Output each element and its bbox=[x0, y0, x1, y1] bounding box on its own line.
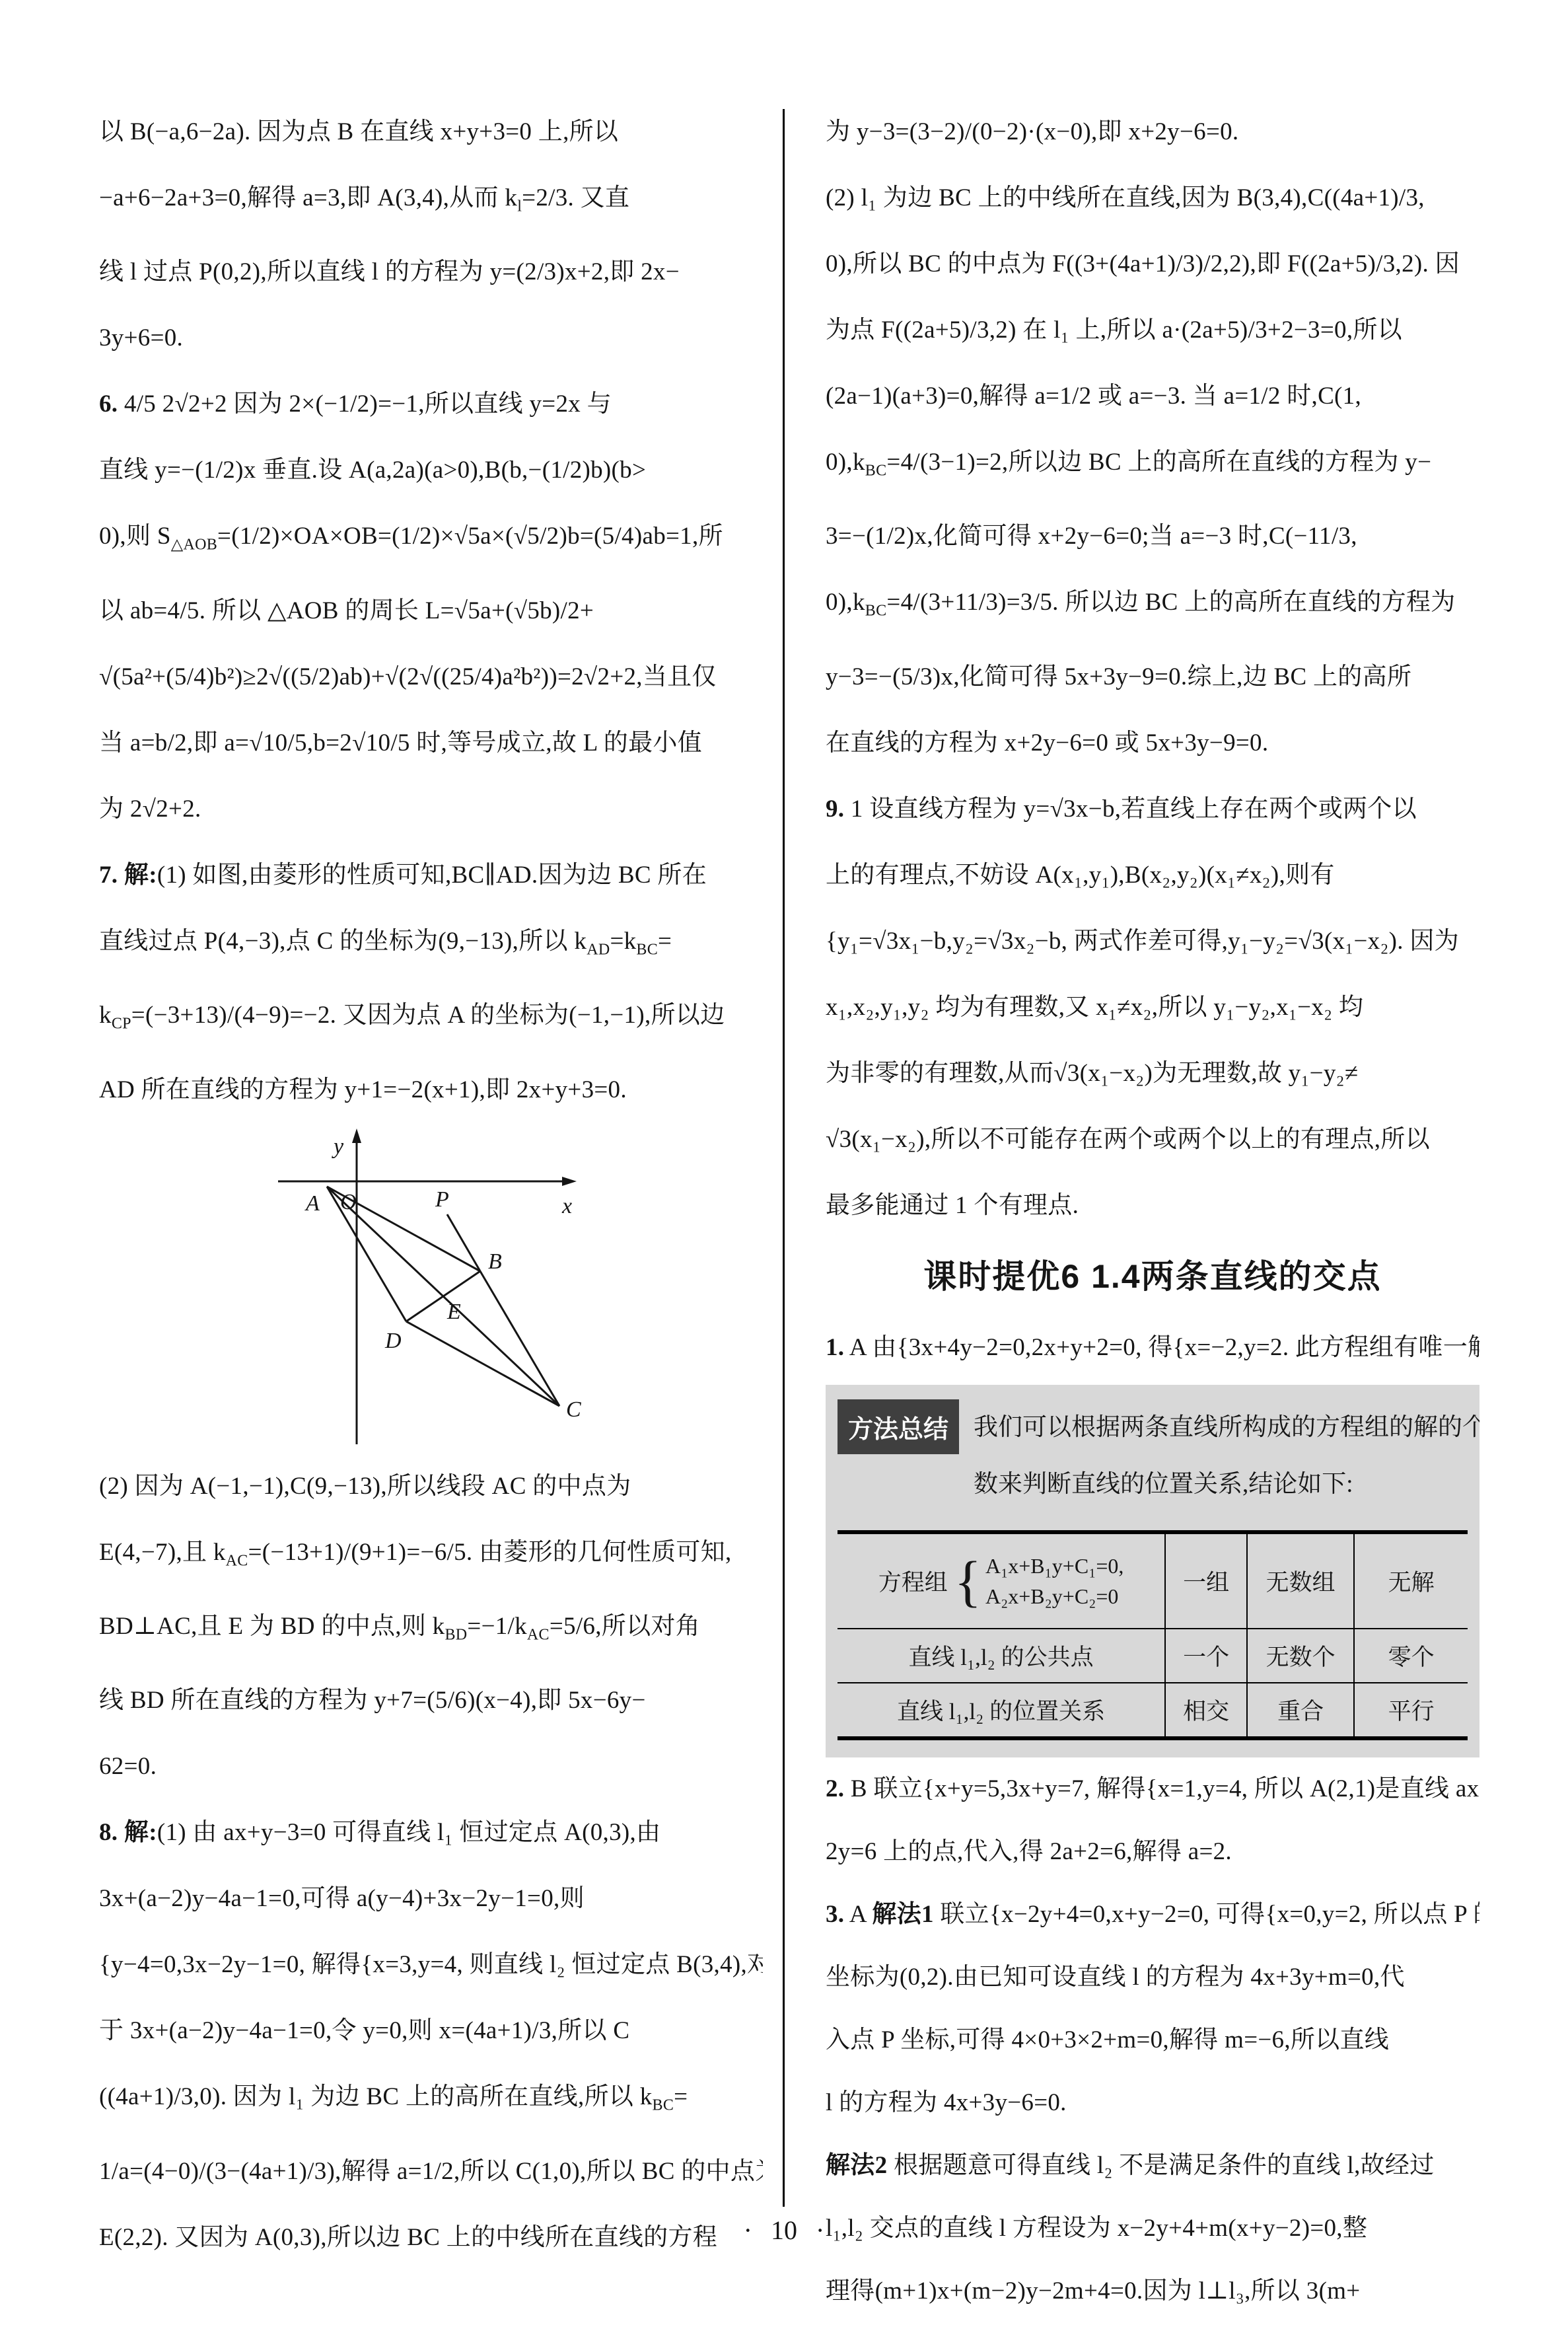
figure-label-D: D bbox=[384, 1329, 402, 1353]
brace-glyph: { bbox=[954, 1553, 981, 1609]
text-line: 最多能通过 1 个有理点. bbox=[826, 1173, 1479, 1239]
text-segment: 2y=6 上的点,代入,得 2a+2=6,解得 a=2. bbox=[826, 1838, 1232, 1865]
equation-line: A₂x+B₂y+C₂=0 bbox=[985, 1581, 1123, 1611]
text-segment: 0),所以 BC 的中点为 F((3+(4a+1)/3)/2,2),即 F((2… bbox=[826, 250, 1460, 277]
text-segment: −a+6−2a+3=0,解得 a=3,即 A(3,4),从而 k bbox=[99, 184, 517, 211]
text-segment: 最多能通过 1 个有理点. bbox=[826, 1192, 1079, 1219]
text-segment: k bbox=[99, 1002, 112, 1029]
text-segment: (1) 如图,由菱形的性质可知,BC∥AD.因为边 BC 所在 bbox=[157, 862, 707, 889]
rhombus-coordinate-figure: y x O A P B E D C bbox=[274, 1127, 684, 1451]
text-segment: 线 l 过点 P(0,2),所以直线 l 的方程为 y=(2/3)x+2,即 2… bbox=[99, 258, 680, 285]
text-segment: = bbox=[674, 2083, 688, 2110]
text-segment: =k bbox=[610, 928, 636, 955]
table-cell: 一个 bbox=[1165, 1629, 1247, 1683]
text-segment: l 的方程为 4x+3y−6=0. bbox=[826, 2089, 1067, 2116]
table-cell-label: 直线 l₁,l₂ 的位置关系 bbox=[837, 1683, 1165, 1738]
text-line: 9. 1 设直线方程为 y=√3x−b,若直线上存在两个或两个以 bbox=[826, 776, 1479, 842]
text-segment: y−3=−(5/3)x,化简可得 5x+3y−9=0.综上,边 BC 上的高所 bbox=[826, 663, 1411, 690]
text-line: ((4a+1)/3,0). 因为 l₁ 为边 BC 上的高所在直线,所以 kBC… bbox=[99, 2064, 763, 2138]
text-segment: 1 设直线方程为 y=√3x−b,若直线上存在两个或两个以 bbox=[844, 795, 1417, 823]
page-number: · 10 · bbox=[685, 2215, 883, 2246]
text-segment: 于 3x+(a−2)y−4a−1=0,令 y=0,则 x=(4a+1)/3,所以… bbox=[99, 2017, 629, 2044]
equation-line: A₁x+B₁y+C₁=0, bbox=[985, 1551, 1123, 1581]
text-line: E(2,2). 又因为 A(0,3),所以边 BC 上的中线所在直线的方程 bbox=[99, 2205, 763, 2271]
subscript-segment: BC bbox=[636, 941, 658, 958]
text-line: 于 3x+(a−2)y−4a−1=0,令 y=0,则 x=(4a+1)/3,所以… bbox=[99, 1998, 763, 2064]
text-segment: = bbox=[658, 928, 672, 955]
text-line: E(4,−7),且 kAC=(−13+1)/(9+1)=−6/5. 由菱形的几何… bbox=[99, 1520, 763, 1594]
text-segment: =−1/k bbox=[467, 1613, 527, 1640]
right-column: 为 y−3=(3−2)/(0−2)·(x−0),即 x+2y−6=0.(2) l… bbox=[826, 99, 1479, 2322]
text-line: 1/a=(4−0)/(3−(4a+1)/3),解得 a=1/2,所以 C(1,0… bbox=[99, 2139, 763, 2205]
text-segment: =5/6,所以对角 bbox=[550, 1613, 700, 1640]
text-segment: 入点 P 坐标,可得 4×0+3×2+m=0,解得 m=−6,所以直线 bbox=[826, 2026, 1389, 2053]
text-line: 直线过点 P(4,−3),点 C 的坐标为(9,−13),所以 kAD=kBC= bbox=[99, 908, 763, 982]
text-line: 以 ab=4/5. 所以 △AOB 的周长 L=√5a+(√5b)/2+ bbox=[99, 578, 763, 644]
text-line: x₁,x₂,y₁,y₂ 均为有理数,又 x₁≠x₂,所以 y₁−y₂,x₁−x₂… bbox=[826, 975, 1479, 1041]
figure-label-E: E bbox=[446, 1300, 461, 1324]
method-summary-panel: 方法总结 我们可以根据两条直线所构成的方程组的解的个 数来判断直线的位置关系,结… bbox=[826, 1385, 1479, 1757]
table-row: 方程组 { A₁x+B₁y+C₁=0, A₂x+B₂y+C₂=0 一组 无数组 … bbox=[837, 1532, 1468, 1629]
text-segment: BD⊥AC,且 E 为 BD 的中点,则 k bbox=[99, 1613, 445, 1640]
text-line: 以 B(−a,6−2a). 因为点 B 在直线 x+y+3=0 上,所以 bbox=[99, 99, 763, 165]
text-line: 为非零的有理数,从而√3(x₁−x₂)为无理数,故 y₁−y₂≠ bbox=[826, 1041, 1479, 1107]
text-line: 3. A 解法1 联立{x−2y+4=0,x+y−2=0, 可得{x=0,y=2… bbox=[826, 1883, 1479, 1946]
text-segment: 在直线的方程为 x+2y−6=0 或 5x+3y−9=0. bbox=[826, 729, 1268, 757]
text-segment: √3(x₁−x₂),所以不可能存在两个或两个以上的有理点,所以 bbox=[826, 1126, 1430, 1153]
right-paragraph-3: 2. B 联立{x+y=5,3x+y=7, 解得{x=1,y=4, 所以 A(2… bbox=[826, 1757, 1479, 2322]
text-line: 3x+(a−2)y−4a−1=0,可得 a(y−4)+3x−2y−1=0,则 bbox=[99, 1866, 763, 1932]
text-line: 为 y−3=(3−2)/(0−2)·(x−0),即 x+2y−6=0. bbox=[826, 99, 1479, 165]
text-segment: ((4a+1)/3,0). 因为 l₁ 为边 BC 上的高所在直线,所以 k bbox=[99, 2083, 653, 2110]
text-segment: 3y+6=0. bbox=[99, 324, 183, 351]
text-segment: 0),k bbox=[826, 449, 865, 476]
text-segment: 0),k bbox=[826, 589, 865, 616]
text-line: l₁,l₂ 交点的直线 l 方程设为 x−2y+4+m(x+y−2)=0,整 bbox=[826, 2197, 1479, 2260]
text-segment: 为 y−3=(3−2)/(0−2)·(x−0),即 x+2y−6=0. bbox=[826, 118, 1238, 145]
subscript-segment: AC bbox=[226, 1552, 248, 1569]
text-line: 8. 解:(1) 由 ax+y−3=0 可得直线 l₁ 恒过定点 A(0,3),… bbox=[99, 1800, 763, 1866]
text-segment: {y₁=√3x₁−b,y₂=√3x₂−b, 两式作差可得,y₁−y₂=√3(x₁… bbox=[826, 928, 1459, 955]
text-line: y−3=−(5/3)x,化简可得 5x+3y−9=0.综上,边 BC 上的高所 bbox=[826, 644, 1479, 710]
subscript-segment: AD bbox=[587, 941, 610, 958]
text-segment: 直线过点 P(4,−3),点 C 的坐标为(9,−13),所以 k bbox=[99, 928, 587, 955]
text-segment: 为非零的有理数,从而√3(x₁−x₂)为无理数,故 y₁−y₂≠ bbox=[826, 1060, 1358, 1087]
text-segment: E(4,−7),且 k bbox=[99, 1539, 226, 1566]
figure-label-y: y bbox=[332, 1134, 344, 1159]
subscript-segment: AC bbox=[527, 1626, 550, 1643]
text-line: √3(x₁−x₂),所以不可能存在两个或两个以上的有理点,所以 bbox=[826, 1107, 1479, 1173]
text-segment: 坐标为(0,2).由已知可设直线 l 的方程为 4x+3y+m=0,代 bbox=[826, 1964, 1405, 1991]
text-segment: 为 2√2+2. bbox=[99, 795, 201, 823]
text-line: AD 所在直线的方程为 y+1=−2(x+1),即 2x+y+3=0. bbox=[99, 1057, 763, 1123]
text-segment: =(1/2)×OA×OB=(1/2)×√5a×(√5/2)b=(5/4)ab=1… bbox=[217, 523, 723, 550]
bold-text-segment: 6. bbox=[99, 390, 118, 418]
text-segment: 3=−(1/2)x,化简可得 x+2y−6=0;当 a=−3 时,C(−11/3… bbox=[826, 523, 1357, 550]
bold-text-segment: 1. bbox=[826, 1334, 844, 1361]
text-line: 6. 4/5 2√2+2 因为 2×(−1/2)=−1,所以直线 y=2x 与 bbox=[99, 371, 763, 437]
text-line: 0),kBC=4/(3+11/3)=3/5. 所以边 BC 上的高所在直线的方程… bbox=[826, 570, 1479, 644]
left-column: 以 B(−a,6−2a). 因为点 B 在直线 x+y+3=0 上,所以−a+6… bbox=[99, 99, 763, 2271]
text-line: 在直线的方程为 x+2y−6=0 或 5x+3y−9=0. bbox=[826, 710, 1479, 776]
text-segment: 0),则 S bbox=[99, 523, 171, 550]
text-line: 0),所以 BC 的中点为 F((3+(4a+1)/3)/2,2),即 F((2… bbox=[826, 231, 1479, 297]
bold-text-segment: 7. 解: bbox=[99, 862, 157, 889]
text-segment: 联立{x−2y+4=0,x+y−2=0, 可得{x=0,y=2, 所以点 P 的 bbox=[934, 1901, 1479, 1928]
text-line: (2a−1)(a+3)=0,解得 a=1/2 或 a=−3. 当 a=1/2 时… bbox=[826, 363, 1479, 429]
text-segment: 以 ab=4/5. 所以 △AOB 的周长 L=√5a+(√5b)/2+ bbox=[99, 597, 594, 624]
method-text-line: 数来判断直线的位置关系,结论如下: bbox=[974, 1456, 1479, 1513]
bold-text-segment: 3. bbox=[826, 1901, 844, 1928]
text-line: 62=0. bbox=[99, 1734, 763, 1800]
column-divider-rule bbox=[783, 109, 785, 2207]
table-cell-label: 直线 l₁,l₂ 的公共点 bbox=[837, 1629, 1165, 1683]
table-cell: 一组 bbox=[1165, 1532, 1247, 1629]
table-cell: 无解 bbox=[1354, 1532, 1468, 1629]
text-line: −a+6−2a+3=0,解得 a=3,即 A(3,4),从而 kl=2/3. 又… bbox=[99, 165, 763, 239]
table-cell: 重合 bbox=[1247, 1683, 1354, 1738]
text-segment: (2a−1)(a+3)=0,解得 a=1/2 或 a=−3. 当 a=1/2 时… bbox=[826, 383, 1361, 410]
table-row: 直线 l₁,l₂ 的位置关系 相交 重合 平行 bbox=[837, 1683, 1468, 1738]
table-cell-label: 方程组 bbox=[878, 1565, 948, 1598]
x-axis-arrowhead bbox=[562, 1177, 577, 1186]
text-line: (2) 因为 A(−1,−1),C(9,−13),所以线段 AC 的中点为 bbox=[99, 1454, 763, 1520]
text-line: (2) l₁ 为边 BC 上的中线所在直线,因为 B(3,4),C((4a+1)… bbox=[826, 165, 1479, 231]
text-line: 2. B 联立{x+y=5,3x+y=7, 解得{x=1,y=4, 所以 A(2… bbox=[826, 1757, 1479, 1820]
table-cell: 无数个 bbox=[1247, 1629, 1354, 1683]
text-segment: 上的有理点,不妨设 A(x₁,y₁),B(x₂,y₂)(x₁≠x₂),则有 bbox=[826, 862, 1335, 889]
text-segment: (2) 因为 A(−1,−1),C(9,−13),所以线段 AC 的中点为 bbox=[99, 1473, 631, 1500]
table-cell: 相交 bbox=[1165, 1683, 1247, 1738]
text-line: 7. 解:(1) 如图,由菱形的性质可知,BC∥AD.因为边 BC 所在 bbox=[99, 842, 763, 908]
method-text-line: 我们可以根据两条直线所构成的方程组的解的个 bbox=[974, 1399, 1479, 1456]
text-segment: (2) l₁ 为边 BC 上的中线所在直线,因为 B(3,4),C((4a+1)… bbox=[826, 184, 1425, 211]
subscript-segment: BD bbox=[445, 1626, 467, 1643]
text-segment: {y−4=0,3x−2y−1=0, 解得{x=3,y=4, 则直线 l₂ 恒过定… bbox=[99, 1951, 763, 1978]
figure-label-P: P bbox=[435, 1187, 449, 1212]
text-segment: 4/5 2√2+2 因为 2×(−1/2)=−1,所以直线 y=2x 与 bbox=[118, 390, 612, 418]
text-segment: 为点 F((2a+5)/3,2) 在 l₁ 上,所以 a·(2a+5)/3+2−… bbox=[826, 316, 1402, 344]
text-line: kCP=(−3+13)/(4−9)=−2. 又因为点 A 的坐标为(−1,−1)… bbox=[99, 982, 763, 1056]
table-cell: 平行 bbox=[1354, 1683, 1468, 1738]
table-row: 直线 l₁,l₂ 的公共点 一个 无数个 零个 bbox=[837, 1629, 1468, 1683]
text-segment: B 联立{x+y=5,3x+y=7, 解得{x=1,y=4, 所以 A(2,1)… bbox=[844, 1775, 1479, 1802]
text-line: 0),则 S△AOB=(1/2)×OA×OB=(1/2)×√5a×(√5/2)b… bbox=[99, 503, 763, 577]
bold-text-segment: 9. bbox=[826, 795, 844, 823]
text-line: 1. A 由{3x+4y−2=0,2x+y+2=0, 得{x=−2,y=2. 此… bbox=[826, 1315, 1479, 1381]
left-paragraph-1: 以 B(−a,6−2a). 因为点 B 在直线 x+y+3=0 上,所以−a+6… bbox=[99, 99, 763, 1123]
text-segment: 以 B(−a,6−2a). 因为点 B 在直线 x+y+3=0 上,所以 bbox=[99, 118, 618, 145]
text-line: 3=−(1/2)x,化简可得 x+2y−6=0;当 a=−3 时,C(−11/3… bbox=[826, 503, 1479, 570]
text-line: 线 BD 所在直线的方程为 y+7=(5/6)(x−4),即 5x−6y− bbox=[99, 1668, 763, 1734]
text-segment: =(−13+1)/(9+1)=−6/5. 由菱形的几何性质可知, bbox=[248, 1539, 732, 1566]
subscript-segment: △AOB bbox=[171, 536, 217, 554]
text-line: 3y+6=0. bbox=[99, 305, 763, 371]
book-page: 以 B(−a,6−2a). 因为点 B 在直线 x+y+3=0 上,所以−a+6… bbox=[0, 0, 1568, 2325]
method-summary-text: 我们可以根据两条直线所构成的方程组的解的个 数来判断直线的位置关系,结论如下: bbox=[974, 1399, 1479, 1513]
text-segment: A 由{3x+4y−2=0,2x+y+2=0, 得{x=−2,y=2. 此方程组… bbox=[844, 1334, 1479, 1361]
text-line: {y₁=√3x₁−b,y₂=√3x₂−b, 两式作差可得,y₁−y₂=√3(x₁… bbox=[826, 908, 1479, 975]
subscript-segment: CP bbox=[112, 1015, 131, 1033]
text-line: √(5a²+(5/4)b²)≥2√((5/2)ab)+√(2√((25/4)a²… bbox=[99, 644, 763, 710]
left-paragraph-2: (2) 因为 A(−1,−1),C(9,−13),所以线段 AC 的中点为E(4… bbox=[99, 1454, 763, 2271]
text-segment: 当 a=b/2,即 a=√10/5,b=2√10/5 时,等号成立,故 L 的最… bbox=[99, 729, 702, 757]
y-axis-arrowhead bbox=[352, 1128, 361, 1143]
table-cell: 零个 bbox=[1354, 1629, 1468, 1683]
bold-text-segment: 2. bbox=[826, 1775, 844, 1802]
text-segment: E(2,2). 又因为 A(0,3),所以边 BC 上的中线所在直线的方程 bbox=[99, 2224, 717, 2251]
text-line: 为点 F((2a+5)/3,2) 在 l₁ 上,所以 a·(2a+5)/3+2−… bbox=[826, 297, 1479, 363]
text-line: 解法2 根据题意可得直线 l₂ 不是满足条件的直线 l,故经过 bbox=[826, 2134, 1479, 2197]
line-relationship-table: 方程组 { A₁x+B₁y+C₁=0, A₂x+B₂y+C₂=0 一组 无数组 … bbox=[837, 1530, 1468, 1740]
text-line: 线 l 过点 P(0,2),所以直线 l 的方程为 y=(2/3)x+2,即 2… bbox=[99, 239, 763, 305]
text-line: BD⊥AC,且 E 为 BD 的中点,则 kBD=−1/kAC=5/6,所以对角 bbox=[99, 1594, 763, 1668]
subscript-segment: BC bbox=[653, 2097, 674, 2114]
text-segment: 根据题意可得直线 l₂ 不是满足条件的直线 l,故经过 bbox=[887, 2152, 1434, 2179]
diagonal-BD bbox=[406, 1271, 480, 1321]
figure-label-A: A bbox=[304, 1191, 320, 1216]
text-line: l 的方程为 4x+3y−6=0. bbox=[826, 2071, 1479, 2134]
text-segment: √(5a²+(5/4)b²)≥2√((5/2)ab)+√(2√((25/4)a²… bbox=[99, 663, 717, 690]
figure-label-O: O bbox=[340, 1190, 357, 1214]
text-segment: l₁,l₂ 交点的直线 l 方程设为 x−2y+4+m(x+y−2)=0,整 bbox=[826, 2215, 1367, 2242]
bold-text-segment: 解法1 bbox=[872, 1901, 933, 1928]
text-line: 0),kBC=4/(3−1)=2,所以边 BC 上的高所在直线的方程为 y− bbox=[826, 429, 1479, 503]
text-segment: 3x+(a−2)y−4a−1=0,可得 a(y−4)+3x−2y−1=0,则 bbox=[99, 1885, 585, 1912]
text-segment: x₁,x₂,y₁,y₂ 均为有理数,又 x₁≠x₂,所以 y₁−y₂,x₁−x₂… bbox=[826, 994, 1363, 1021]
text-segment: 理得(m+1)x+(m−2)y−2m+4=0.因为 l⊥l₃,所以 3(m+ bbox=[826, 2277, 1360, 2305]
figure-label-B: B bbox=[488, 1249, 502, 1274]
figure-svg: y x O A P B E D C bbox=[274, 1127, 684, 1451]
method-summary-head: 方法总结 我们可以根据两条直线所构成的方程组的解的个 数来判断直线的位置关系,结… bbox=[837, 1399, 1468, 1513]
text-segment: A bbox=[844, 1901, 872, 1928]
text-line: 当 a=b/2,即 a=√10/5,b=2√10/5 时,等号成立,故 L 的最… bbox=[99, 710, 763, 776]
subscript-segment: BC bbox=[865, 603, 887, 620]
text-line: 理得(m+1)x+(m−2)y−2m+4=0.因为 l⊥l₃,所以 3(m+ bbox=[826, 2260, 1479, 2322]
text-segment: (1) 由 ax+y−3=0 可得直线 l₁ 恒过定点 A(0,3),由 bbox=[157, 1819, 661, 1846]
text-line: 为 2√2+2. bbox=[99, 776, 763, 842]
text-segment: AD 所在直线的方程为 y+1=−2(x+1),即 2x+y+3=0. bbox=[99, 1076, 627, 1103]
text-segment: =2/3. 又直 bbox=[522, 184, 629, 211]
text-line: 上的有理点,不妨设 A(x₁,y₁),B(x₂,y₂)(x₁≠x₂),则有 bbox=[826, 842, 1479, 908]
bold-text-segment: 8. 解: bbox=[99, 1819, 157, 1846]
side-DA bbox=[327, 1187, 406, 1321]
right-paragraph-1: 为 y−3=(3−2)/(0−2)·(x−0),即 x+2y−6=0.(2) l… bbox=[826, 99, 1479, 1239]
subscript-segment: BC bbox=[865, 462, 887, 479]
text-segment: =4/(3−1)=2,所以边 BC 上的高所在直线的方程为 y− bbox=[886, 449, 1431, 476]
method-summary-label: 方法总结 bbox=[837, 1399, 959, 1454]
figure-label-x: x bbox=[561, 1194, 572, 1218]
side-BC bbox=[480, 1271, 559, 1406]
table-cell-system: 方程组 { A₁x+B₁y+C₁=0, A₂x+B₂y+C₂=0 bbox=[837, 1532, 1165, 1629]
section-header: 课时提优6 1.4两条直线的交点 bbox=[826, 1239, 1479, 1315]
text-segment: 62=0. bbox=[99, 1753, 157, 1780]
text-line: 坐标为(0,2).由已知可设直线 l 的方程为 4x+3y+m=0,代 bbox=[826, 1946, 1479, 2009]
text-line: 直线 y=−(1/2)x 垂直.设 A(a,2a)(a>0),B(b,−(1/2… bbox=[99, 437, 763, 503]
figure-label-C: C bbox=[566, 1397, 581, 1422]
text-line: {y−4=0,3x−2y−1=0, 解得{x=3,y=4, 则直线 l₂ 恒过定… bbox=[99, 1932, 763, 1998]
text-line: 入点 P 坐标,可得 4×0+3×2+m=0,解得 m=−6,所以直线 bbox=[826, 2009, 1479, 2071]
bold-text-segment: 解法2 bbox=[826, 2152, 887, 2179]
text-segment: 直线 y=−(1/2)x 垂直.设 A(a,2a)(a>0),B(b,−(1/2… bbox=[99, 457, 646, 484]
text-line: 2y=6 上的点,代入,得 2a+2=6,解得 a=2. bbox=[826, 1820, 1479, 1883]
right-paragraph-2: 1. A 由{3x+4y−2=0,2x+y+2=0, 得{x=−2,y=2. 此… bbox=[826, 1315, 1479, 1381]
table-cell: 无数组 bbox=[1247, 1532, 1354, 1629]
text-segment: =4/(3+11/3)=3/5. 所以边 BC 上的高所在直线的方程为 bbox=[886, 589, 1455, 616]
text-segment: 线 BD 所在直线的方程为 y+7=(5/6)(x−4),即 5x−6y− bbox=[99, 1687, 646, 1714]
text-segment: =(−3+13)/(4−9)=−2. 又因为点 A 的坐标为(−1,−1),所以… bbox=[131, 1002, 725, 1029]
equation-system: A₁x+B₁y+C₁=0, A₂x+B₂y+C₂=0 bbox=[985, 1551, 1123, 1611]
text-segment: 1/a=(4−0)/(3−(4a+1)/3),解得 a=1/2,所以 C(1,0… bbox=[99, 2158, 763, 2185]
